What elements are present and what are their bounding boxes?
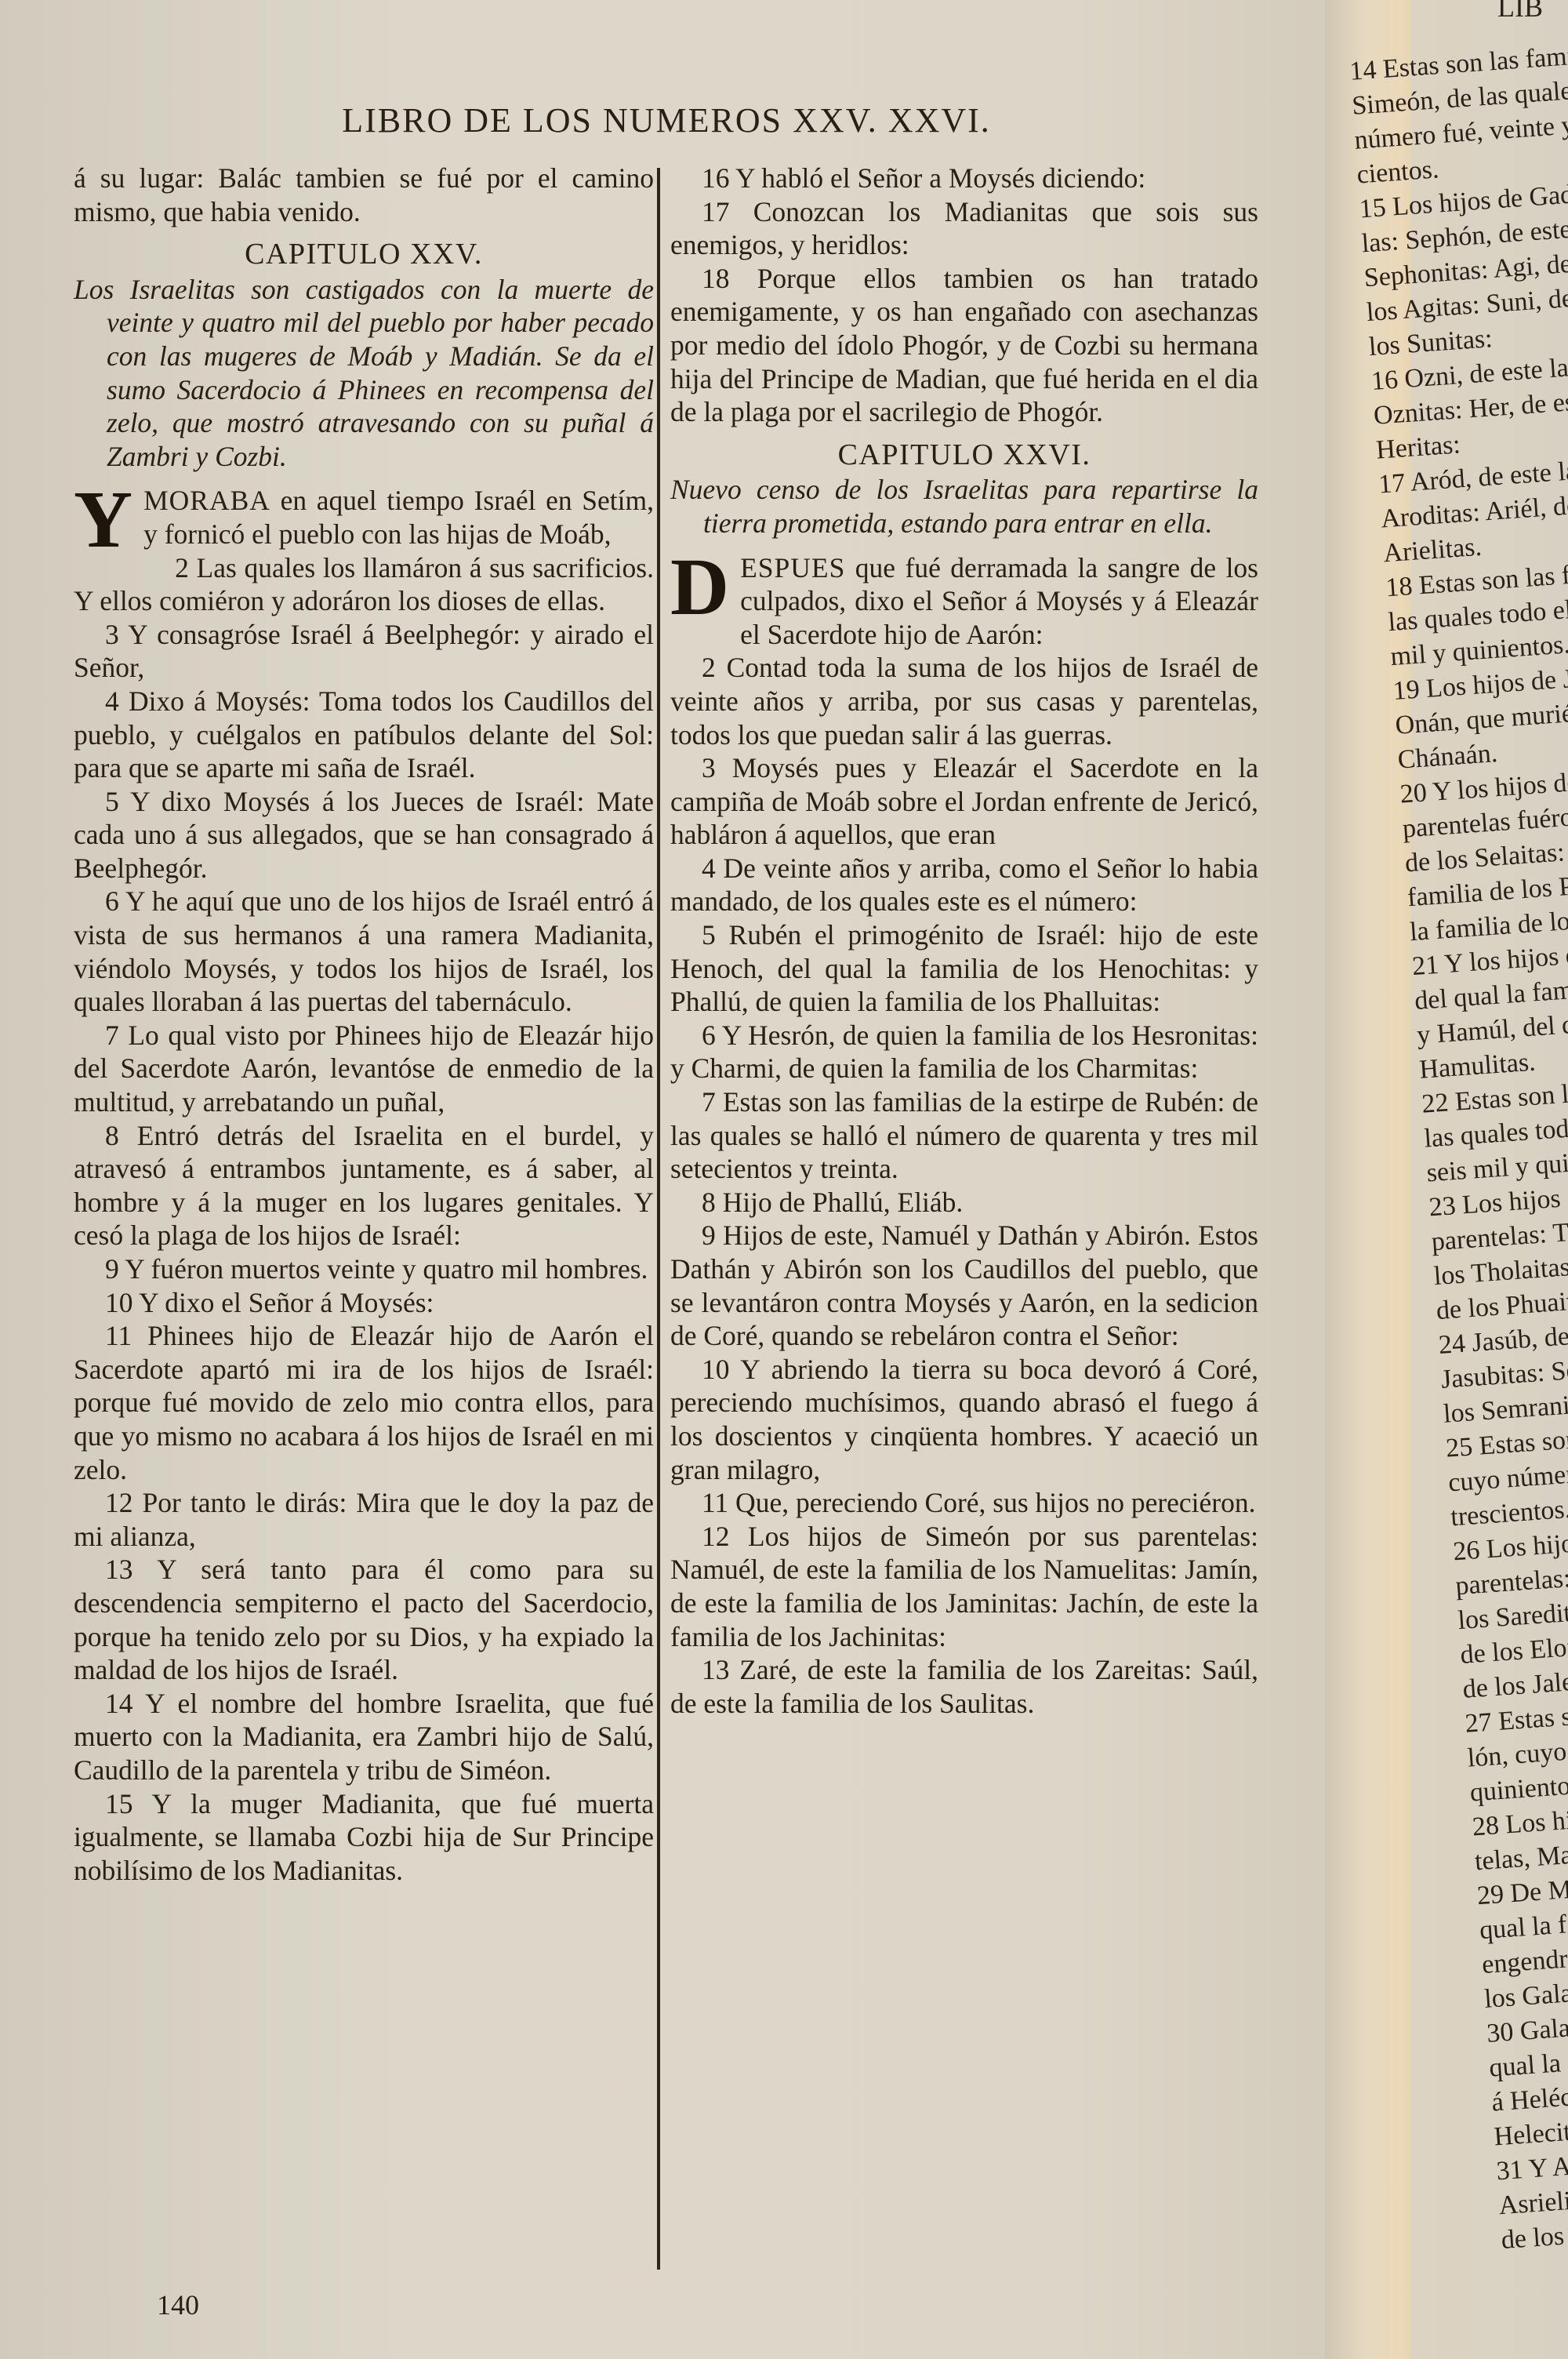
verse: 5 Y dixo Moysés á los Jueces de Israél: …: [74, 785, 654, 885]
column-divider: [657, 168, 660, 2270]
verse: 6 Y Hesrón, de quien la familia de los H…: [670, 1019, 1258, 1085]
verse: 15 Y la muger Madianita, que fué muerta …: [74, 1787, 654, 1888]
verse: 2 Las quales los llamáron á sus sacrific…: [74, 551, 654, 618]
verse: 14 Y el nombre del hombre Israelita, que…: [74, 1687, 654, 1787]
left-column: á su lugar: Balác tambien se fué por el …: [74, 162, 654, 1887]
dropcap-letter: D: [670, 556, 729, 619]
chapter-title-xxv: CAPITULO XXV.: [74, 238, 654, 271]
verse-1: DESPUES que fué derramada la sangre de l…: [670, 551, 1258, 652]
chapter-summary-xxvi: Nuevo censo de los Israelitas para repar…: [670, 473, 1258, 540]
dropcap-letter: Y: [74, 489, 132, 551]
verse: 12 Los hijos de Simeón por sus parentela…: [670, 1520, 1258, 1653]
page-number: 140: [157, 2288, 199, 2321]
running-head: LIBRO DE LOS NUMEROS XXV. XXVI.: [329, 100, 1004, 140]
verse: 3 Moysés pues y Eleazár el Sacerdote en …: [670, 751, 1258, 852]
verse: 2 Contad toda la suma de los hijos de Is…: [670, 651, 1258, 751]
verse: 10 Y dixo el Señor á Moysés:: [74, 1286, 654, 1320]
verse-1: YMORABA en aquel tiempo Israél en Setím,…: [74, 484, 654, 551]
verse: 3 Y consagróse Israél á Beelphegór: y ai…: [74, 618, 654, 685]
verse: 18 Porque ellos tambien os han tratado e…: [670, 262, 1258, 429]
verse: 8 Entró detrás del Israelita en el burde…: [74, 1119, 654, 1252]
verse: 6 Y he aquí que uno de los hijos de Isra…: [74, 885, 654, 1018]
verse: 11 Que, pereciendo Coré, sus hijos no pe…: [670, 1486, 1258, 1520]
verse: 10 Y abriendo la tierra su boca devoró á…: [670, 1353, 1258, 1486]
verse: 7 Estas son las familias de la estirpe d…: [670, 1085, 1258, 1186]
verse: 4 Dixo á Moysés: Toma todos los Caudillo…: [74, 685, 654, 785]
facing-running-head: LIB: [1497, 0, 1543, 24]
verse: 7 Lo qual visto por Phinees hijo de Elea…: [74, 1019, 654, 1119]
verse: 8 Hijo de Phallú, Eliáb.: [670, 1186, 1258, 1219]
verse: 13 Y será tanto para él como para su des…: [74, 1553, 654, 1686]
verse: 11 Phinees hijo de Eleazár hijo de Aarón…: [74, 1319, 654, 1486]
verse: 9 Y fuéron muertos veinte y quatro mil h…: [74, 1252, 654, 1286]
chapter-summary-xxv: Los Israelitas son castigados con la mue…: [74, 273, 654, 474]
verse: 16 Y habló el Señor a Moysés diciendo:: [670, 162, 1258, 195]
verse-1-caps: MORABA: [143, 485, 270, 516]
continuation-text: á su lugar: Balác tambien se fué por el …: [74, 162, 654, 228]
verse: 5 Rubén el primogénito de Israél: hijo d…: [670, 918, 1258, 1019]
verse: 12 Por tanto le dirás: Mira que le doy l…: [74, 1486, 654, 1553]
right-column: 16 Y habló el Señor a Moysés diciendo: 1…: [670, 162, 1258, 1720]
verse-1-caps: ESPUES: [740, 552, 845, 583]
chapter-title-xxvi: CAPITULO XXVI.: [670, 438, 1258, 472]
verse: 4 De veinte años y arriba, como el Señor…: [670, 852, 1258, 918]
verse: 9 Hijos de este, Namuél y Dathán y Abiró…: [670, 1219, 1258, 1352]
verse: 13 Zaré, de este la familia de los Zarei…: [670, 1653, 1258, 1720]
verse: 17 Conozcan los Madianitas que sois sus …: [670, 195, 1258, 262]
